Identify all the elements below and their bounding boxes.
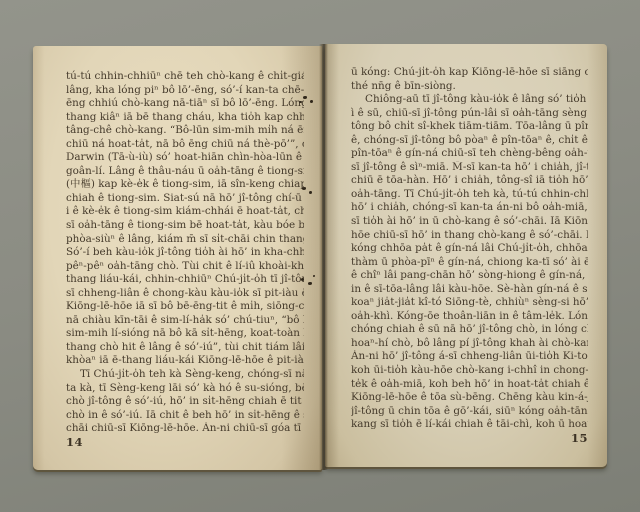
text-line: chiū ná hoat-ta̍t, nā bô ēng chiū ná thè… [66, 138, 304, 152]
text-line: Tī Chú-ji̍t-o̍h teh kà Sèng-keng, chóng-… [66, 368, 304, 382]
text-line: thang kiâⁿ iā bē thang cháu, kha tio̍h k… [66, 111, 304, 125]
text-line: Só’-í beh kàu-io̍k jî-tông tio̍h ài hō’ … [66, 246, 304, 260]
text-line: sim-mih lí-sióng nā bô kā si̍t-hēng, koa… [66, 327, 304, 341]
text-line: chóng chiah ê sū nā hō’ jî-tông chò, in … [351, 323, 588, 337]
text-line: Kiōng-lē-hōe iā sī bô bē-ēng-tit ê mi̍h,… [66, 300, 304, 314]
text-line: ê, chóng-sī jî-tông bô pòaⁿ ê pîn-tōaⁿ ê… [351, 134, 588, 148]
text-line: pêⁿ-pêⁿ oa̍h-tāng chò. Tùi chit ê lí-iû … [66, 260, 304, 274]
text-line: i ê kè-e̍k ê tiong-sim kiám-chhái ē hoat… [66, 205, 304, 219]
text-line: chāi chiū-sī Kiōng-lē-hōe. Án-ni chiū-sī… [66, 422, 304, 436]
text-line: sī tio̍h ài hō’ in ū chò-kang ê só’-chāi… [351, 215, 588, 229]
text-line: chiū ē tōa-hàn. Hō’ i chia̍h, tông-sî iā… [351, 174, 588, 188]
book-page-left: tú-tú chhin-chhiūⁿ chē teh chò-kang ê ch… [33, 46, 322, 470]
book-gutter-shadow [319, 44, 328, 470]
text-line: hoaⁿ-hí chò, bô lâng pí jî-tông khah ài … [351, 337, 588, 351]
page-number-right: 15 [351, 431, 588, 445]
text-line: Án-ni hō’ jî-tông á-sī chheng-liân ūi-ti… [351, 350, 588, 364]
text-line: pîn-tōaⁿ ê gín-ná chiū-sī teh chèng-bêng… [351, 147, 588, 161]
text-line: chò jî-tông ê só’-iú, hō’ in si̍t-hēng c… [66, 395, 304, 409]
text-line: goân-lí. Lâng ê thâu-náu ū oa̍h-tāng ê t… [66, 165, 304, 179]
text-line: hō’ i chia̍h, chóng-sī kan-ta án-ni bô o… [351, 201, 588, 215]
text-line: kóng chhōa pa̍t ê gín-ná lâi Chú-ji̍t-o̍… [351, 242, 588, 256]
text-line: hōe chiū-sī hō’ in thang chò-kang ê só’-… [351, 229, 588, 243]
text-line: chiah ê tiong-sim. Siat-sú nā hō’ jî-tôn… [66, 192, 304, 206]
text-line: oa̍h-khì. Kóng-ōe thoân-liān in ê tâm-le… [351, 310, 588, 324]
text-line: (中樞) kap kè-e̍k ê tiong-sim, iā sîn-keng… [66, 178, 304, 192]
text-line: khòaⁿ iā ē-thang liáu-kái Kiōng-lē-hōe ê… [66, 354, 304, 368]
text-line: Darwin (Tā-ù-iù) só’ hoat-hiān chìn-hòa-… [66, 151, 304, 165]
page-number-left: 14 [66, 435, 83, 449]
page-text-right: ū kóng: Chú-ji̍t-o̍h kap Kiōng-lē-hōe sī… [351, 66, 588, 432]
text-line: Kiōng-lē-hōe ê tōa sù-bēng. Chēng kàu ki… [351, 391, 588, 405]
text-line: thang liáu-kái, chhin-chhiūⁿ Chú-ji̍t-o̍… [66, 273, 304, 287]
text-line: thang chò hit ê lâng ê só’-iú”, tùi chit… [66, 341, 304, 355]
text-line: kang sī tio̍h ē lí-kái chiah ê tāi-chì, … [351, 418, 588, 432]
text-line: ū kóng: Chú-ji̍t-o̍h kap Kiōng-lē-hōe sī… [351, 66, 588, 80]
text-line: sī oa̍h-tāng ê tiong-sim bē hoat-ta̍t, k… [66, 219, 304, 233]
text-line: lâng, kha lóng piⁿ bô lō’-ēng, só’-í kan… [66, 84, 304, 98]
text-line: ê chîⁿ lâi pang-chān hō’ sòng-hiong ê gí… [351, 269, 588, 283]
text-line: Chiông-aū tī jî-tông kàu-io̍k ê lâng só’… [351, 93, 588, 107]
text-line: koaⁿ jia̍t-jia̍t kî-tó Siōng-tè, chhiùⁿ … [351, 296, 588, 310]
text-line: te̍k ê oa̍h-miā, koh beh hō’ in hoat-ta̍… [351, 378, 588, 392]
text-line: ta kà, tī Sèng-keng lāi só’ kà hó ê su-s… [66, 382, 304, 396]
text-line: tú-tú chhin-chhiūⁿ chē teh chò-kang ê ch… [66, 70, 304, 84]
text-line: thàm ū phòa-pīⁿ ê gín-ná, chiong ka-tī s… [351, 256, 588, 270]
text-line: sī jî-tông ê sìⁿ-miā. M̄-sī kan-ta hō’ i… [351, 161, 588, 175]
photo-backdrop: tú-tú chhin-chhiūⁿ chē teh chò-kang ê ch… [0, 0, 640, 512]
text-line: jî-tông ū chin tōa ê gō’-kái, siūⁿ kóng … [351, 405, 588, 419]
text-line: koh ūi-tio̍h kàu-hōe chò-kang i-chhî in … [351, 364, 588, 378]
page-text-left: tú-tú chhin-chhiūⁿ chē teh chò-kang ê ch… [66, 70, 304, 436]
text-line: chò in ê só’-iú. Iā chit ê beh hō’ in si… [66, 409, 304, 423]
text-line: tông bô chi̍t sî-khek tiām-tiām. Tōa-lân… [351, 120, 588, 134]
text-line: thé nn̄g ê bīn-siòng. [351, 80, 588, 94]
text-line: nā chiàu kīn-tāi ê sim-lí-ha̍k só’ chú-t… [66, 314, 304, 328]
open-book: tú-tú chhin-chhiūⁿ chē teh chò-kang ê ch… [33, 44, 607, 470]
text-line: oa̍h-tāng. Tī Chú-ji̍t-o̍h teh kà, tú-tú… [351, 188, 588, 202]
text-line: ì ê sū, chiū-sī jî-tông pún-lâi sī oa̍h-… [351, 107, 588, 121]
text-line: ēng chhiú chò-kang nā-tiāⁿ sī bô lō’-ēng… [66, 97, 304, 111]
text-line: tâng-chê chò-kang. “Bô-lūn sim-mih mi̍h … [66, 124, 304, 138]
text-line: phòa-siùⁿ ê lâng, kiám m̄ sī si̍t-chāi c… [66, 233, 304, 247]
text-line: in ê sī-tōa-lâng lâi kàu-hōe. Sè-hàn gín… [351, 283, 588, 297]
book-page-right: ū kóng: Chú-ji̍t-o̍h kap Kiōng-lē-hōe sī… [325, 44, 607, 467]
text-line: sī chheng-liân ê chong-kàu kàu-io̍k sī p… [66, 287, 304, 301]
